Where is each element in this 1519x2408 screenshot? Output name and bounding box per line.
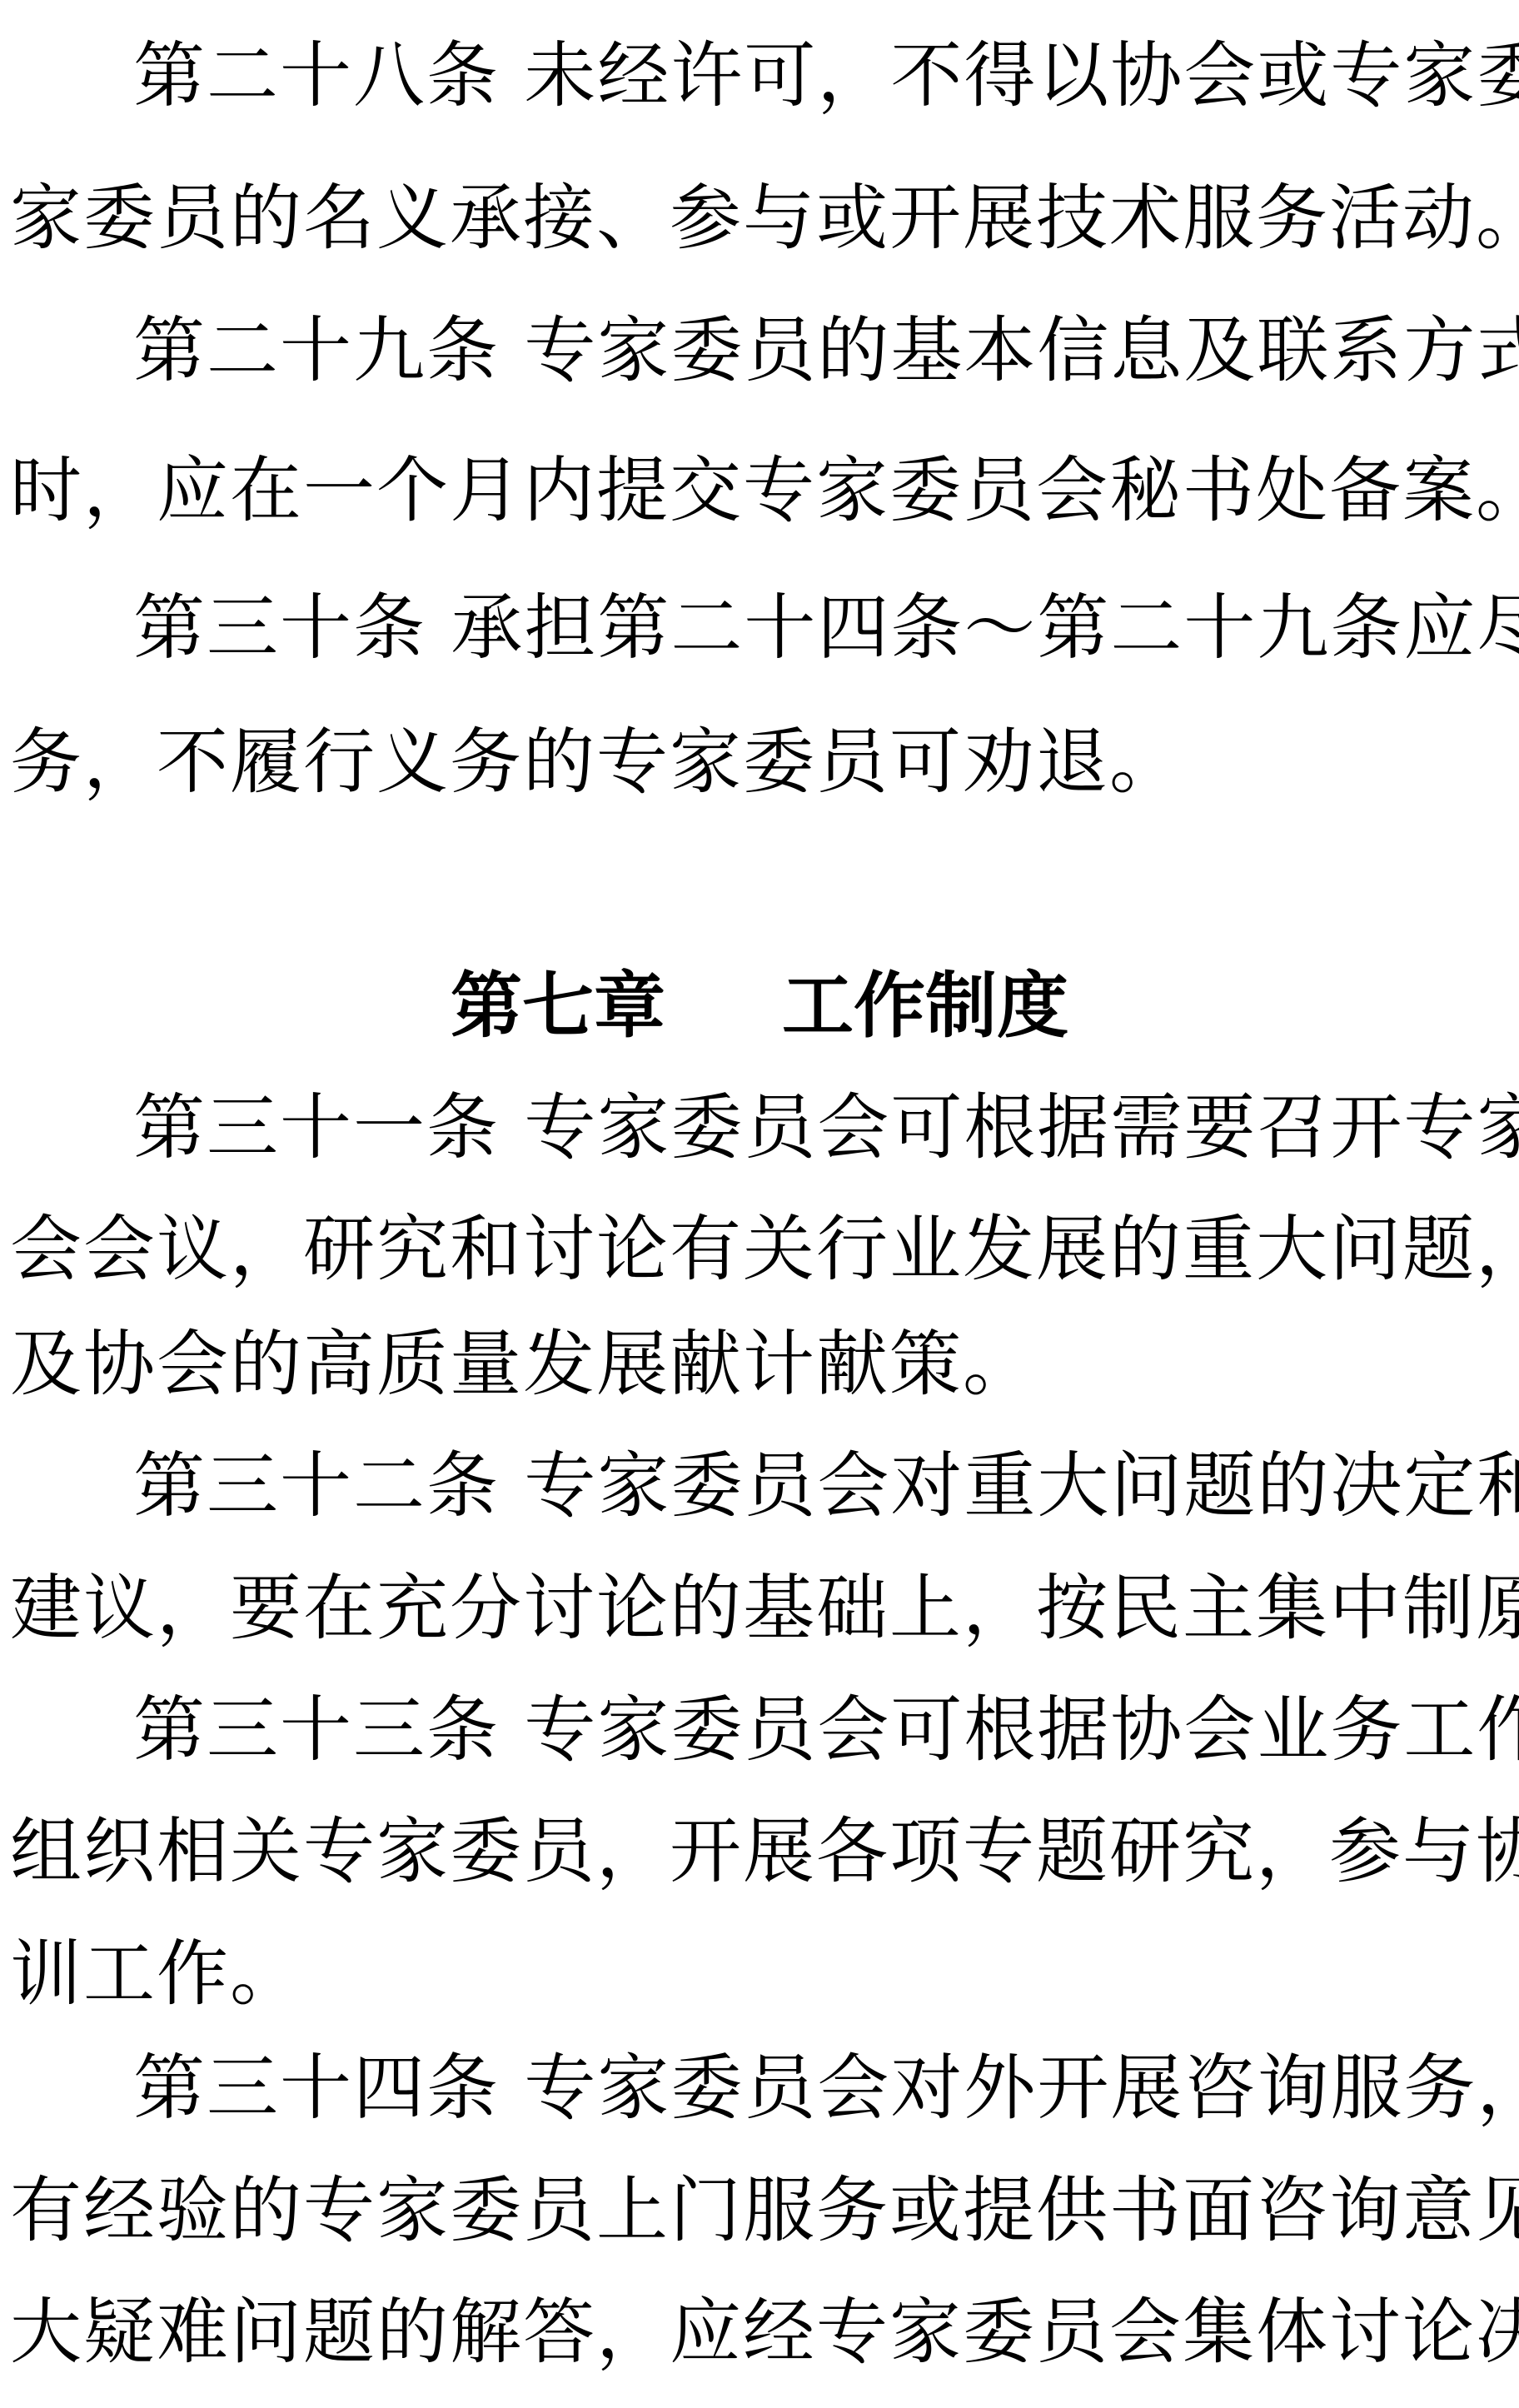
article-31-line-1: 第三十一条 专家委员会可根据需要召开专家委员	[133, 1086, 1519, 1169]
article-32-line-1: 第三十二条 专家委员会对重大问题的决定和重要	[133, 1444, 1519, 1528]
article-33-line-2: 组织相关专家委员，开展各项专题研究，参与协调和培	[10, 1810, 1519, 1893]
article-32-line-2: 建议，要在充分讨论的基础上，按民主集中制原则办理。	[10, 1567, 1519, 1650]
article-33-line-3: 训工作。	[10, 1932, 303, 2016]
article-34-line-1: 第三十四条 专家委员会对外开展咨询服务，应指定	[133, 2047, 1519, 2130]
article-31-line-3: 及协会的高质量发展献计献策。	[10, 1323, 1036, 1406]
article-30-line-1: 第三十条 承担第二十四条～第二十九条应尽的义	[133, 586, 1519, 670]
article-28-line-1: 第二十八条 未经许可，不得以协会或专家委员会专	[133, 34, 1519, 117]
article-29-line-1: 第二十九条 专家委员的基本信息及联系方式变更	[133, 309, 1519, 392]
article-34-line-3: 大疑难问题的解答，应经专家委员会集体讨论决定。	[10, 2291, 1519, 2374]
chapter-heading: 第七章工作制度	[0, 965, 1519, 1048]
article-34-line-2: 有经验的专家委员上门服务或提供书面咨询意见。对重	[10, 2169, 1519, 2252]
chapter-title: 工作制度	[782, 965, 1068, 1048]
article-28-line-2: 家委员的名义承接、参与或开展技术服务活动。	[10, 177, 1519, 260]
article-29-line-2: 时，应在一个月内提交专家委员会秘书处备案。	[10, 449, 1519, 532]
article-31-line-2: 会会议，研究和讨论有关行业发展的重大问题，为行业	[10, 1208, 1519, 1291]
chapter-number: 第七章	[451, 965, 665, 1048]
article-30-line-2: 务，不履行义务的专家委员可劝退。	[10, 720, 1183, 804]
article-33-line-1: 第三十三条 专家委员会可根据协会业务工作需要，	[133, 1688, 1519, 1772]
